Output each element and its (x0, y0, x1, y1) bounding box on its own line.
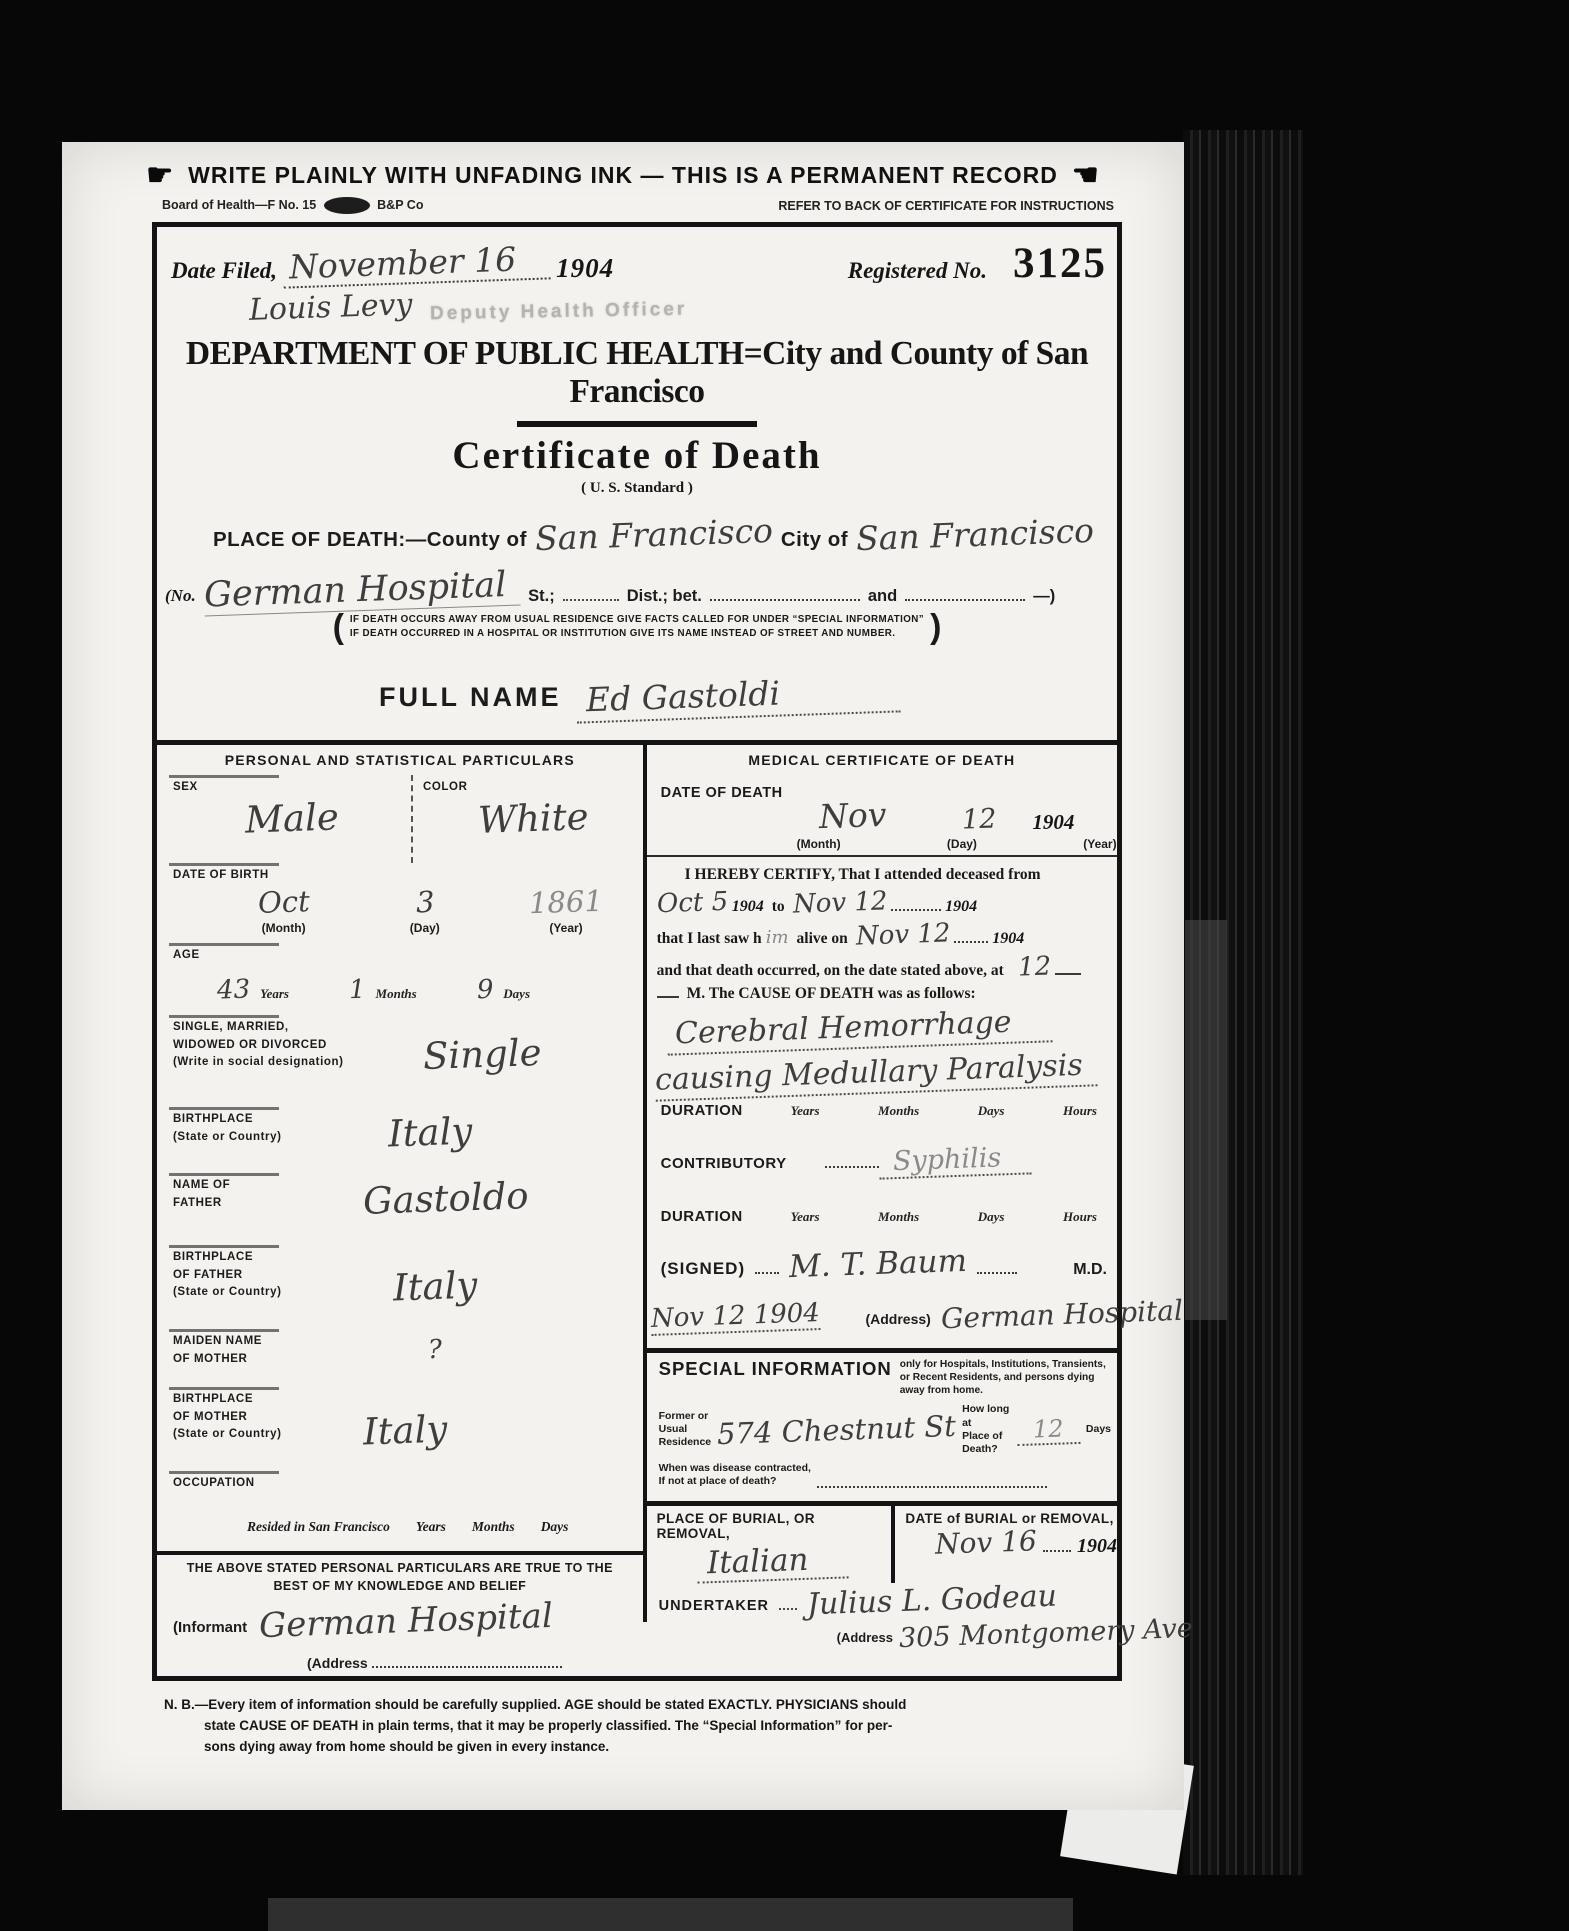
certify-line: I HEREBY CERTIFY, That I attended deceas… (647, 855, 1117, 885)
age-label: AGE (173, 943, 643, 964)
banner-text: WRITE PLAINLY WITH UNFADING INK — THIS I… (188, 162, 1058, 189)
death-year-value: 1904 (1032, 810, 1074, 835)
marital-label-line2: WIDOWED OR DIVORCED (173, 1039, 327, 1051)
days-caption: Days (503, 986, 530, 1002)
special-note-line1: only for Hospitals, Institutions, Transi… (900, 1359, 1106, 1370)
birthplace-label: BIRTHPLACE (State or Country) (173, 1107, 282, 1146)
resided-days-caption: Days (541, 1519, 569, 1535)
father-birthplace-label: BIRTHPLACE OF FATHER (State or Country) (173, 1245, 282, 1301)
dob-year-field: 1861 (Year) (495, 885, 636, 937)
contracted-label: When was disease contracted, If not at p… (659, 1462, 811, 1488)
resided-years-caption: Years (416, 1519, 446, 1535)
last-saw-year: 1904 (992, 930, 1024, 948)
rule-mark (169, 1387, 279, 1390)
month-caption: (Month) (262, 921, 306, 935)
contracted-row: When was disease contracted, If not at p… (647, 1456, 1117, 1488)
nb-line1: N. B.—Every item of information should b… (164, 1697, 906, 1712)
dob-month-value: Oct (257, 884, 310, 920)
duration2-months: Months (878, 1209, 919, 1225)
to-label: to (768, 897, 789, 917)
facility-value: German Hospital (203, 564, 521, 616)
age-months-value: 1 (348, 974, 366, 1005)
howlong-label: How long at Place of Death? (962, 1403, 1011, 1456)
sex-label: SEX (173, 775, 411, 796)
date-of-death-captions: (Month) (Day) (Year) (647, 835, 1125, 851)
residence-note-line1: IF DEATH OCCURS AWAY FROM USUAL RESIDENC… (350, 614, 924, 625)
marital-row: SINGLE, MARRIED, WIDOWED OR DIVORCED (Wr… (157, 1015, 643, 1107)
attended-to-year: 1904 (945, 898, 977, 916)
occurred-label: and that death occurred, on the date sta… (657, 961, 1004, 981)
and-label: and (868, 587, 897, 606)
subline: Board of Health—F No. 15 B&P Co REFER TO… (62, 189, 1184, 214)
informant-row: (Informant German Hospital (157, 1595, 643, 1641)
color-label: COLOR (423, 775, 643, 796)
affirmation-line1: THE ABOVE STATED PERSONAL PARTICULARS AR… (187, 1561, 613, 1575)
last-saw-blank (954, 941, 988, 943)
special-note-line2: or Recent Residents, and persons dying a… (900, 1372, 1095, 1396)
rule-mark (169, 863, 279, 866)
signed-tail-blank (977, 1272, 1017, 1274)
rule-mark (169, 1245, 279, 1248)
signed-address-label: (Address) (865, 1311, 930, 1327)
marital-label: SINGLE, MARRIED, WIDOWED OR DIVORCED (Wr… (173, 1015, 344, 1071)
place-of-death-label: PLACE OF DEATH:—County of (213, 528, 527, 552)
undertaker-address-row: (Address 305 Montgomery Ave (647, 1618, 1117, 1649)
no-label: (No. (165, 586, 196, 606)
age-row: AGE 43 Years 1 Months 9 Days (157, 943, 643, 1015)
affirmation: THE ABOVE STATED PERSONAL PARTICULARS AR… (157, 1551, 643, 1595)
physician-signature: M. T. Baum (789, 1243, 968, 1285)
place-of-death-row: PLACE OF DEATH:—County of San Francisco … (157, 497, 1117, 554)
death-year-caption: (Year) (1083, 837, 1116, 851)
board-of-health-line: Board of Health—F No. 15 B&P Co (162, 197, 423, 214)
mother-birthplace-value: Italy (362, 1408, 448, 1454)
department-title: DEPARTMENT OF PUBLIC HEALTH=City and Cou… (157, 335, 1117, 411)
burial-section: PLACE OF BURIAL, OR REMOVAL, Italian DAT… (647, 1501, 1117, 1646)
registered-label: Registered No. (848, 258, 987, 284)
marital-value: Single (422, 1031, 542, 1078)
father-value: Gastoldo (362, 1175, 529, 1224)
and-blank (905, 599, 1025, 601)
rule-mark (169, 1329, 279, 1332)
duration1-hours: Hours (1063, 1103, 1097, 1119)
rule-mark (169, 1107, 279, 1110)
dob-values: Oct (Month) 3 (Day) 1861 (Year) (173, 885, 643, 937)
last-saw-date: Nov 12 (855, 918, 950, 951)
m-blank (657, 996, 679, 998)
duration-label-2: DURATION (661, 1208, 791, 1225)
certificate-page: ☛ WRITE PLAINLY WITH UNFADING INK — THIS… (62, 142, 1184, 1810)
signed-lead-blank (755, 1272, 779, 1274)
birthplace-label-line1: BIRTHPLACE (173, 1113, 253, 1125)
dob-day-field: 3 (Day) (354, 885, 495, 937)
years-caption: Years (260, 986, 289, 1002)
clerk-row: Louis Levy Deputy Health Officer (157, 284, 1117, 325)
howlong-days-label: Days (1086, 1423, 1111, 1436)
duration-captions-1: Years Months Days Hours (791, 1103, 1103, 1119)
informant-value: German Hospital (259, 1596, 554, 1646)
full-name-row: FULL NAME Ed Gastoldi (157, 641, 1117, 718)
clerk-stamp: Deputy Health Officer (430, 299, 688, 325)
dob-row: DATE OF BIRTH Oct (Month) 3 (Day) (157, 863, 643, 943)
father-label-line1: NAME OF (173, 1179, 230, 1191)
city-value: San Francisco (856, 511, 1095, 558)
certificate-form-box: Date Filed, November 16 1904 Registered … (152, 222, 1122, 1681)
contributory-label: CONTRIBUTORY (661, 1155, 825, 1172)
howlong-label-line2: Place of Death? (962, 1430, 1002, 1455)
father-birthplace-value: Italy (392, 1264, 478, 1310)
dob-year-value: 1861 (529, 883, 604, 920)
contracted-label-line2: If not at place of death? (659, 1475, 777, 1487)
board-line-text: Board of Health—F No. 15 (162, 198, 316, 212)
burial-place-field: PLACE OF BURIAL, OR REMOVAL, Italian (647, 1506, 896, 1583)
refer-line: REFER TO BACK OF CERTIFICATE FOR INSTRUC… (778, 199, 1114, 213)
duration-row-1: DURATION Years Months Days Hours (647, 1094, 1117, 1138)
close-paren-note: ) (930, 614, 941, 641)
manicule-left-icon: ☚ (1072, 166, 1100, 186)
cause-line2-row: causing Medullary Paralysis (647, 1049, 1117, 1094)
date-filed-value: November 16 (282, 238, 550, 288)
age-days-value: 9 (476, 974, 494, 1005)
county-value: San Francisco (534, 511, 773, 558)
st-blank (563, 599, 619, 601)
howlong-label-line1: How long at (962, 1403, 1009, 1428)
contracted-label-line1: When was disease contracted, (659, 1462, 811, 1474)
residence-note-lines: IF DEATH OCCURS AWAY FROM USUAL RESIDENC… (350, 613, 924, 641)
burial-top: PLACE OF BURIAL, OR REMOVAL, Italian DAT… (647, 1506, 1117, 1583)
color-field: COLOR White (411, 775, 643, 863)
date-filed-label: Date Filed, (171, 258, 277, 284)
year-caption: (Year) (549, 921, 582, 935)
scanned-record: ☛ WRITE PLAINLY WITH UNFADING INK — THIS… (0, 0, 1569, 1931)
father-bp-label-line1: BIRTHPLACE (173, 1251, 253, 1263)
signed-date-value: Nov 12 1904 (650, 1298, 820, 1336)
death-hour-value: 12 (1017, 951, 1051, 982)
certificate-title: Certificate of Death (157, 433, 1117, 478)
mother-birthplace-row: BIRTHPLACE OF MOTHER (State or Country) … (157, 1387, 643, 1471)
marital-label-line1: SINGLE, MARRIED, (173, 1021, 289, 1033)
age-values: 43 Years 1 Months 9 Days (173, 965, 643, 1019)
alive-on-label: alive on (793, 929, 852, 949)
contracted-blank (817, 1486, 1047, 1488)
burial-date-value: Nov 16 (935, 1524, 1038, 1561)
father-bp-label-line2: OF FATHER (173, 1269, 243, 1281)
undertaker-address-value: 305 Montgomery Ave (899, 1613, 1194, 1654)
resided-label: Resided in San Francisco (247, 1519, 390, 1535)
undertaker-row: UNDERTAKER Julius L. Godeau (647, 1583, 1117, 1618)
special-title-note: only for Hospitals, Institutions, Transi… (900, 1358, 1111, 1398)
informant-address-blank (372, 1666, 562, 1668)
burial-place-label: PLACE OF BURIAL, OR REMOVAL, (657, 1511, 892, 1541)
affirmation-line2: BEST OF MY KNOWLEDGE AND BELIEF (273, 1579, 526, 1593)
medical-header: MEDICAL CERTIFICATE OF DEATH (647, 745, 1117, 775)
father-label: NAME OF FATHER (173, 1173, 230, 1212)
age-years-value: 43 (216, 974, 250, 1005)
mother-birthplace-label: BIRTHPLACE OF MOTHER (State or Country) (173, 1387, 282, 1443)
hour-blank (1055, 973, 1081, 975)
nb-line3: sons dying away from home should be give… (164, 1739, 609, 1754)
father-bp-label-line3: (State or Country) (173, 1286, 282, 1298)
occupation-row: OCCUPATION (157, 1471, 643, 1511)
signed-label: (SIGNED) (661, 1259, 746, 1279)
residence-note-line2: IF DEATH OCCURRED IN A HOSPITAL OR INSTI… (350, 628, 895, 639)
residence-label-line1: Former or (659, 1410, 709, 1422)
marital-label-line3: (Write in social designation) (173, 1056, 344, 1068)
residence-label-line2: Usual Residence (659, 1423, 712, 1448)
date-filed-row: Date Filed, November 16 1904 Registered … (157, 227, 1117, 284)
registered-number: 3125 (1013, 245, 1107, 284)
nb-note: N. B.—Every item of information should b… (164, 1695, 1104, 1758)
duration2-hours: Hours (1063, 1209, 1097, 1225)
death-month-value: Nov (818, 795, 887, 836)
clerk-signature: Louis Levy (248, 287, 413, 328)
burial-year-value: 1904 (1077, 1535, 1117, 1558)
date-filed-group: Date Filed, November 16 1904 (171, 243, 614, 284)
last-saw-fill: im (766, 927, 789, 948)
contributory-value: Syphilis (878, 1141, 1031, 1179)
medical-column: MEDICAL CERTIFICATE OF DEATH DATE OF DEA… (647, 745, 1117, 1622)
death-occurred-row: and that death occurred, on the date sta… (647, 950, 1117, 982)
howlong-value: 12 (1017, 1414, 1081, 1446)
duration1-years: Years (791, 1103, 820, 1119)
full-name-label: FULL NAME (379, 682, 562, 713)
rule-mark (169, 775, 279, 778)
nb-line2: state CAUSE OF DEATH in plain terms, tha… (164, 1718, 892, 1733)
manicule-right-icon: ☛ (146, 166, 174, 186)
contributory-lead-blank (825, 1166, 879, 1168)
burial-date-field: DATE of BURIAL or REMOVAL, Nov 16 1904 (895, 1506, 1117, 1583)
cause-heading-row: M. The CAUSE OF DEATH was as follows: (647, 982, 1117, 1004)
last-saw-row: that I last saw h im alive on Nov 12 190… (647, 918, 1117, 950)
residence-label: Former or Usual Residence (659, 1410, 712, 1449)
cause-line1-row: Cerebral Hemorrhage (647, 1004, 1117, 1049)
to-blank (891, 909, 941, 911)
months-caption: Months (376, 986, 417, 1002)
cause-of-death-line2: causing Medullary Paralysis (654, 1047, 1097, 1101)
columns: PERSONAL AND STATISTICAL PARTICULARS SEX… (157, 740, 1117, 1622)
mother-label-line2: OF MOTHER (173, 1353, 247, 1365)
undertaker-blank (779, 1608, 797, 1610)
close-paren: —) (1033, 587, 1055, 606)
undertaker-value: Julius L. Godeau (807, 1578, 1058, 1622)
board-stamp-suffix: B&P Co (377, 198, 423, 212)
cause-of-death-line1: Cerebral Hemorrhage (666, 1003, 1052, 1055)
book-spine-highlight (1185, 920, 1227, 1320)
resided-row: Resided in San Francisco Years Months Da… (157, 1511, 643, 1547)
birthplace-label-line2: (State or Country) (173, 1131, 282, 1143)
contributory-row: CONTRIBUTORY Syphilis (647, 1138, 1117, 1186)
personal-header: PERSONAL AND STATISTICAL PARTICULARS (157, 745, 643, 775)
date-of-death-label: DATE OF DEATH (661, 779, 783, 801)
street-row: (No. German Hospital St.; Dist.; bet. an… (157, 554, 1117, 611)
bet-blank (710, 599, 860, 601)
attended-from-year: 1904 (732, 898, 764, 916)
undertaker-label: UNDERTAKER (659, 1598, 769, 1614)
duration1-months: Months (878, 1103, 919, 1119)
residence-row: Former or Usual Residence 574 Chestnut S… (647, 1397, 1117, 1456)
signed-address-value: German Hospital (940, 1293, 1183, 1334)
informant-address-label: (Address (307, 1655, 368, 1671)
special-title: SPECIAL INFORMATION (659, 1358, 892, 1380)
mother-bp-label-line3: (State or Country) (173, 1428, 282, 1440)
scan-bottom-strip (268, 1898, 1073, 1931)
registered-group: Registered No. 3125 (848, 245, 1111, 284)
death-month-caption: (Month) (797, 837, 841, 851)
st-label: St.; (528, 587, 555, 606)
informant-label: (Informant (173, 1619, 247, 1636)
burial-place-value: Italian (696, 1540, 849, 1583)
birthplace-row: BIRTHPLACE (State or Country) Italy (157, 1107, 643, 1173)
cause-heading-label: M. The CAUSE OF DEATH was as follows: (683, 984, 980, 1004)
mother-label-line1: MAIDEN NAME (173, 1335, 262, 1347)
mother-label: MAIDEN NAME OF MOTHER (173, 1329, 262, 1368)
father-birthplace-row: BIRTHPLACE OF FATHER (State or Country) … (157, 1245, 643, 1329)
sex-field: SEX Male (173, 775, 411, 863)
rule-mark (169, 1471, 279, 1474)
attended-from-value: Oct 5 (656, 886, 728, 918)
standard-note: ( U. S. Standard ) (157, 480, 1117, 497)
banner: ☛ WRITE PLAINLY WITH UNFADING INK — THIS… (62, 142, 1184, 189)
color-value: White (477, 795, 589, 842)
mother-row: MAIDEN NAME OF MOTHER ? (157, 1329, 643, 1387)
duration-captions-2: Years Months Days Hours (791, 1209, 1103, 1225)
death-day-value: 12 (961, 804, 996, 836)
attended-dates-row: Oct 5 1904 to Nov 12 1904 (647, 886, 1117, 918)
open-paren: ( (333, 614, 344, 641)
occupation-label: OCCUPATION (173, 1471, 643, 1492)
personal-column: PERSONAL AND STATISTICAL PARTICULARS SEX… (157, 745, 647, 1622)
date-of-death-row: DATE OF DEATH Nov 12 1904 (647, 775, 1117, 835)
sex-value: Male (244, 795, 339, 841)
father-row: NAME OF FATHER Gastoldo (157, 1173, 643, 1245)
resided-months-caption: Months (472, 1519, 515, 1535)
father-label-line2: FATHER (173, 1197, 222, 1209)
duration1-days: Days (978, 1103, 1005, 1119)
informant-address-row: (Address (157, 1641, 643, 1673)
attended-to-value: Nov 12 (792, 886, 887, 919)
undertaker-address-label: (Address (837, 1630, 893, 1645)
special-information-section: SPECIAL INFORMATION only for Hospitals, … (647, 1348, 1117, 1501)
last-saw-label: that I last saw h (657, 929, 762, 949)
city-label: City of (781, 528, 848, 552)
duration-row-2: DURATION Years Months Days Hours (647, 1186, 1117, 1244)
rule-mark (169, 1173, 279, 1176)
residence-note: ( IF DEATH OCCURS AWAY FROM USUAL RESIDE… (157, 613, 1117, 641)
mother-bp-label-line2: OF MOTHER (173, 1411, 247, 1423)
day-caption: (Day) (410, 921, 440, 935)
rule-mark (169, 943, 279, 946)
title-rule (517, 421, 757, 427)
birthplace-value: Italy (387, 1110, 473, 1156)
burial-date-blank (1043, 1550, 1071, 1552)
date-filed-year: 1904 (556, 253, 614, 284)
mother-value: ? (427, 1335, 442, 1365)
dist-label: Dist.; bet. (627, 587, 702, 606)
full-name-value: Ed Gastoldi (575, 670, 900, 724)
md-label: M.D. (1073, 1261, 1107, 1279)
sex-color-row: SEX Male COLOR White (157, 775, 643, 863)
burial-date-label: DATE of BURIAL or REMOVAL, (905, 1511, 1117, 1526)
dob-day-value: 3 (415, 884, 435, 919)
signed-date-row: Nov 12 1904 (Address) German Hospital (647, 1298, 1117, 1342)
duration-label-1: DURATION (661, 1102, 791, 1119)
special-title-row: SPECIAL INFORMATION only for Hospitals, … (647, 1353, 1117, 1398)
dob-month-field: Oct (Month) (213, 885, 354, 937)
death-day-caption: (Day) (947, 837, 977, 851)
duration2-years: Years (791, 1209, 820, 1225)
dob-label: DATE OF BIRTH (173, 863, 643, 884)
signed-row: (SIGNED) M. T. Baum M.D. (647, 1244, 1117, 1298)
residence-value: 574 Chestnut St (717, 1409, 957, 1451)
rule-mark (169, 1015, 279, 1018)
duration2-days: Days (978, 1209, 1005, 1225)
mother-bp-label-line1: BIRTHPLACE (173, 1393, 253, 1405)
printer-stamp-icon (324, 197, 370, 214)
